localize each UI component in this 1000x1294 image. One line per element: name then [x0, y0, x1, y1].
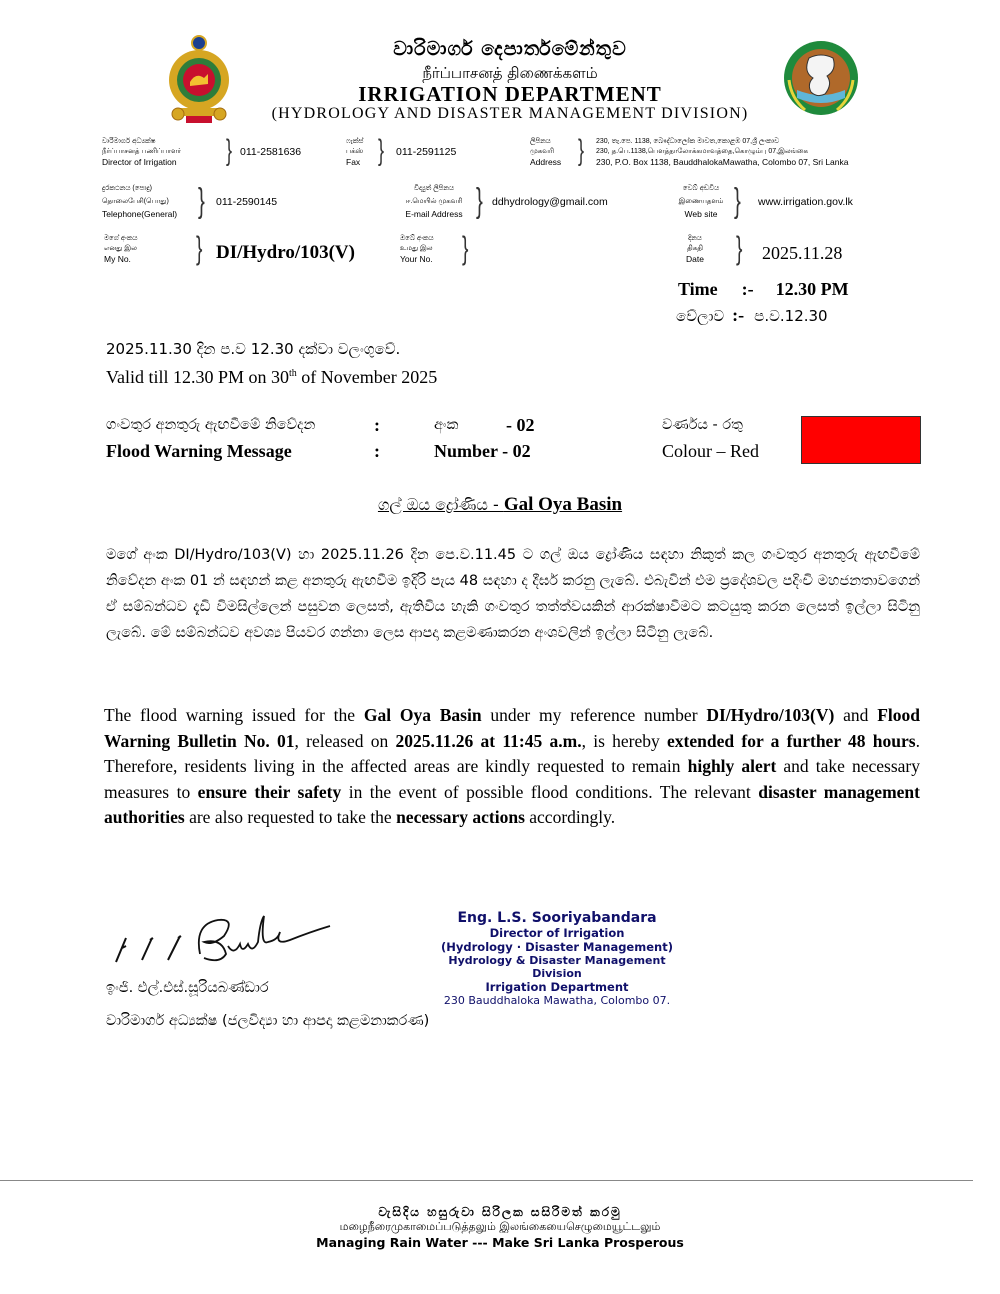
address-lines: 230, තැ.පෙ. 1138, බෞද්ධාලෝක මාවත,කොළඹ 07…: [596, 137, 849, 167]
director-phone[interactable]: 011-2581636: [240, 146, 301, 158]
body-text: The flood warning issued for the: [104, 705, 364, 725]
national-emblem-icon: [166, 34, 232, 124]
address-label: ලිපිනය முகவரி Address: [530, 137, 561, 167]
dept-title-sinhala: වාරිමාර්ග දෙපාර්තමේන්තුව: [250, 38, 770, 60]
warning-label-sinhala: ගංවතුර අනතුරු ඇඟවීමේ නිවේදන: [106, 417, 315, 433]
fax-number: 011-2591125: [396, 146, 456, 158]
letter-date: 2025.11.28: [762, 243, 842, 264]
brace-divider: }: [226, 134, 232, 168]
brace-divider: }: [198, 182, 205, 221]
fax-label: ෆැක්ස් பக்ஸ் Fax: [346, 137, 363, 167]
emphasis-text: highly alert: [688, 756, 777, 776]
number-value-sinhala: - 02: [506, 415, 535, 436]
time-sinhala: වේලාව:-ප.ව.12.30: [676, 305, 828, 326]
my-reference-number: DI/Hydro/103(V): [216, 242, 355, 264]
emphasis-text: DI/Hydro/103(V): [706, 705, 834, 725]
telephone-number[interactable]: 011-2590145: [216, 196, 277, 208]
body-text: accordingly.: [525, 807, 615, 827]
email-label: විද්‍යුත් ලිපිනය ஈ.மெயில் முகவரி E-mail …: [396, 184, 472, 219]
warning-colour: Colour – Red: [662, 441, 759, 462]
footer-slogan: වැසිදිය හසුරුවා සිරිලක සසිරිමත් කරමු மழை…: [0, 1205, 1000, 1250]
body-text: and: [834, 705, 877, 725]
colon: :: [374, 441, 380, 462]
basin-title: ගල් ඔය ද්‍රෝණිය - Gal Oya Basin: [0, 494, 1000, 516]
telephone-label: දුරකථනය (පොදු) தொலைபேசி(பொது) Telephone(…: [102, 184, 177, 219]
emphasis-text: extended for a further 48 hours: [667, 731, 916, 751]
brace-divider: }: [196, 230, 202, 267]
emphasis-text: 2025.11.26 at 11:45 a.m.: [395, 731, 581, 751]
website-link[interactable]: www.irrigation.gov.lk: [758, 196, 853, 208]
my-no-label: මගේ අංකය எனது இல My No.: [104, 234, 138, 264]
emphasis-text: Gal Oya Basin: [364, 705, 482, 725]
signatory-title-sinhala: වාරිමාර්ග අධ්‍යක්ෂ (ජලවිද්‍යා හා ආපදා කළ…: [106, 1013, 429, 1029]
brace-divider: }: [578, 134, 584, 168]
brace-divider: }: [476, 182, 483, 221]
colon: :: [374, 415, 380, 436]
message-sinhala: මගේ අංක DI/Hydro/103(V) හා 2025.11.26 දි…: [106, 542, 920, 646]
warning-label-english: Flood Warning Message: [106, 441, 292, 462]
signatory-name-sinhala: ඉංජි. එල්.එස්.සූරියබණ්ඩාර: [106, 980, 269, 996]
official-stamp: Eng. L.S. Sooriyabandara Director of Irr…: [432, 910, 682, 1007]
brace-divider: }: [378, 134, 384, 168]
body-text: , is hereby: [582, 731, 667, 751]
validity-sinhala: 2025.11.30 දින ප.ව 12.30 දක්වා වලංගුවේ.: [106, 337, 400, 361]
brace-divider: }: [736, 230, 742, 267]
dept-title-english: IRRIGATION DEPARTMENT: [250, 82, 770, 107]
your-no-label: ඔබේ අංකය உமது இல Your No.: [400, 234, 434, 264]
footer-divider: [0, 1180, 973, 1181]
emphasis-text: ensure their safety: [198, 782, 342, 802]
website-label: වෙබ් අඩවිය இணையதளம் Web site: [672, 184, 730, 219]
brace-divider: }: [462, 230, 468, 267]
body-text: in the event of possible flood condition…: [341, 782, 758, 802]
colour-label-sinhala: වර්ණය - රතු: [662, 417, 743, 433]
number-label-sinhala: අංක: [434, 417, 458, 433]
signature-icon: [108, 910, 368, 970]
brace-divider: }: [734, 182, 741, 221]
warning-colour-swatch: [801, 416, 921, 464]
time-english: Time:-12.30 PM: [678, 279, 849, 300]
dept-title-tamil: நீர்ப்பாசனத் திணைக்களம்: [250, 64, 770, 84]
validity-english: Valid till 12.30 PM on 30th of November …: [106, 362, 437, 389]
message-english: The flood warning issued for the Gal Oya…: [104, 703, 920, 831]
director-label: වාරිමාර්ග අධ්‍යක්ෂ நீர்ப்பாசனத் பணிப்பாள…: [102, 137, 181, 167]
warning-number: Number - 02: [434, 441, 531, 462]
emphasis-text: necessary actions: [396, 807, 525, 827]
division-title: (HYDROLOGY AND DISASTER MANAGEMENT DIVIS…: [230, 105, 790, 123]
email-link[interactable]: ddhydrology@gmail.com: [492, 196, 608, 208]
body-text: under my reference number: [482, 705, 707, 725]
body-text: are also requested to take the: [185, 807, 396, 827]
irrigation-seal-icon: [783, 40, 859, 116]
date-label: දිනය திகதி Date: [680, 234, 710, 264]
body-text: , released on: [295, 731, 396, 751]
